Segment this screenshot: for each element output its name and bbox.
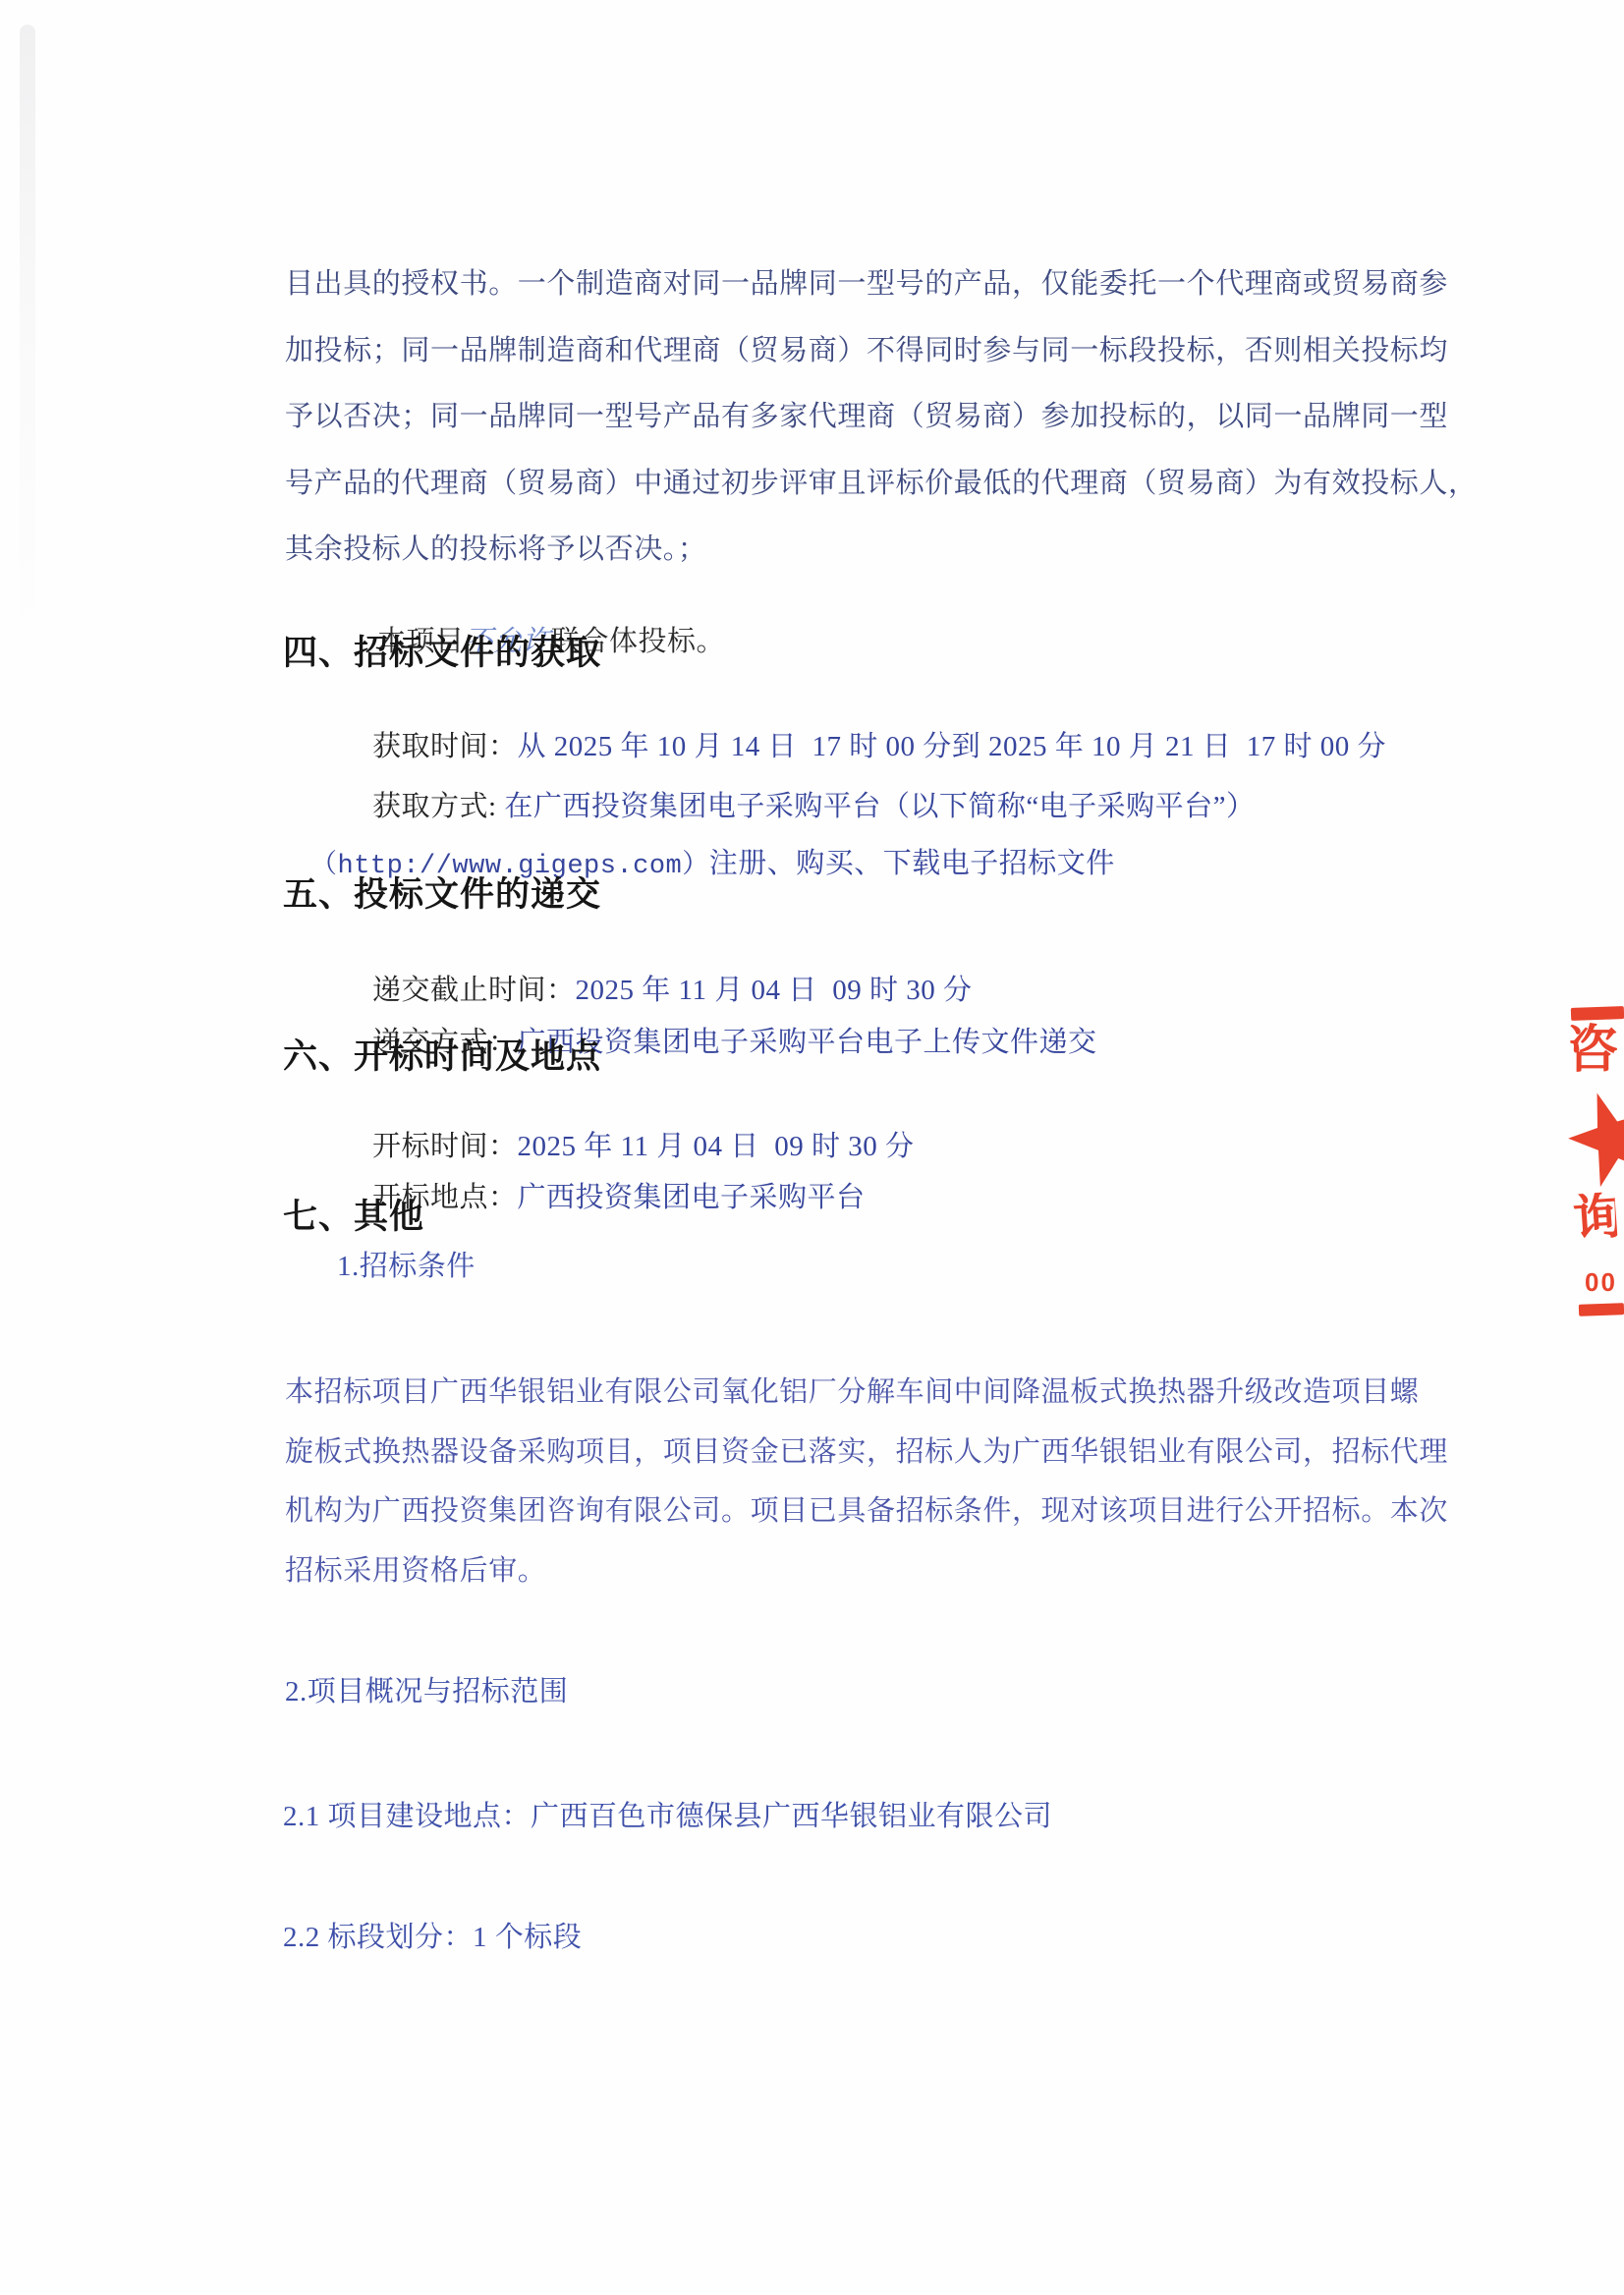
- stamp-dots: 00: [1585, 1267, 1617, 1298]
- conditions-paragraph: 本招标项目广西华银铝业有限公司氧化铝厂分解车间中间降温板式换热器升级改造项目螺 …: [285, 1370, 1493, 1607]
- section-heading-5: 五、投标文件的递交: [283, 868, 601, 917]
- project-overview-item: 2.项目概况与招标范围: [285, 1669, 568, 1709]
- section-heading-7: 七、其他: [283, 1190, 424, 1239]
- url-action-text: 注册、购买、下载电子招标文件: [709, 848, 1115, 879]
- section-heading-6: 六、开标时间及地点: [283, 1030, 601, 1079]
- paragraph-line: 目出具的授权书。一个制造商对同一品牌同一型号的产品，仅能委托一个代理商或贸易商参: [285, 261, 1493, 328]
- stamp-top-bracket: [1571, 1006, 1624, 1021]
- star-icon: [1556, 1080, 1624, 1200]
- project-location-item: 2.1 项目建设地点：广西百色市德保县广西华银铝业有限公司: [283, 1794, 1052, 1834]
- stamp-char-zi: 咨: [1567, 1026, 1618, 1077]
- paragraph-line: 本招标项目广西华银铝业有限公司氧化铝厂分解车间中间降温板式换热器升级改造项目螺: [285, 1370, 1493, 1429]
- intro-paragraph: 目出具的授权书。一个制造商对同一品牌同一型号的产品，仅能委托一个代理商或贸易商参…: [285, 261, 1493, 593]
- lot-division-item: 2.2 标段划分：1 个标段: [283, 1915, 582, 1955]
- paragraph-line: 加投标；同一品牌制造商和代理商（贸易商）不得同时参与同一标段投标，否则相关投标均: [285, 328, 1493, 395]
- paragraph-line: 招标采用资格后审。: [285, 1548, 1493, 1608]
- paragraph-line: 其余投标人的投标将予以否决。；: [285, 527, 1493, 593]
- paragraph-line: 旋板式换热器设备采购项目，项目资金已落实，招标人为广西华银铝业有限公司，招标代理: [285, 1429, 1493, 1489]
- stamp-char-xun: 询: [1571, 1191, 1624, 1246]
- document-page: 目出具的授权书。一个制造商对同一品牌同一型号的产品，仅能委托一个代理商或贸易商参…: [0, 0, 1624, 2295]
- field-value: 广西投资集团电子采购平台: [518, 1182, 866, 1213]
- field-value: 广西投资集团电子采购平台电子上传文件递交: [518, 1027, 1097, 1058]
- red-seal-stamp: 咨 询 00: [1559, 1004, 1624, 1328]
- stamp-bottom-bracket: [1579, 1303, 1624, 1316]
- section-heading-4: 四、招标文件的获取: [283, 626, 601, 675]
- paragraph-line: 号产品的代理商（贸易商）中通过初步评审且评标价最低的代理商（贸易商）为有效投标人…: [285, 461, 1493, 528]
- bid-conditions-item: 1.招标条件: [337, 1244, 476, 1284]
- paragraph-line: 机构为广西投资集团咨询有限公司。项目已具备招标条件，现对该项目进行公开招标。本次: [285, 1488, 1493, 1548]
- scan-artifact: [20, 25, 35, 653]
- paragraph-line: 予以否决；同一品牌同一型号产品有多家代理商（贸易商）参加投标的，以同一品牌同一型: [285, 394, 1493, 461]
